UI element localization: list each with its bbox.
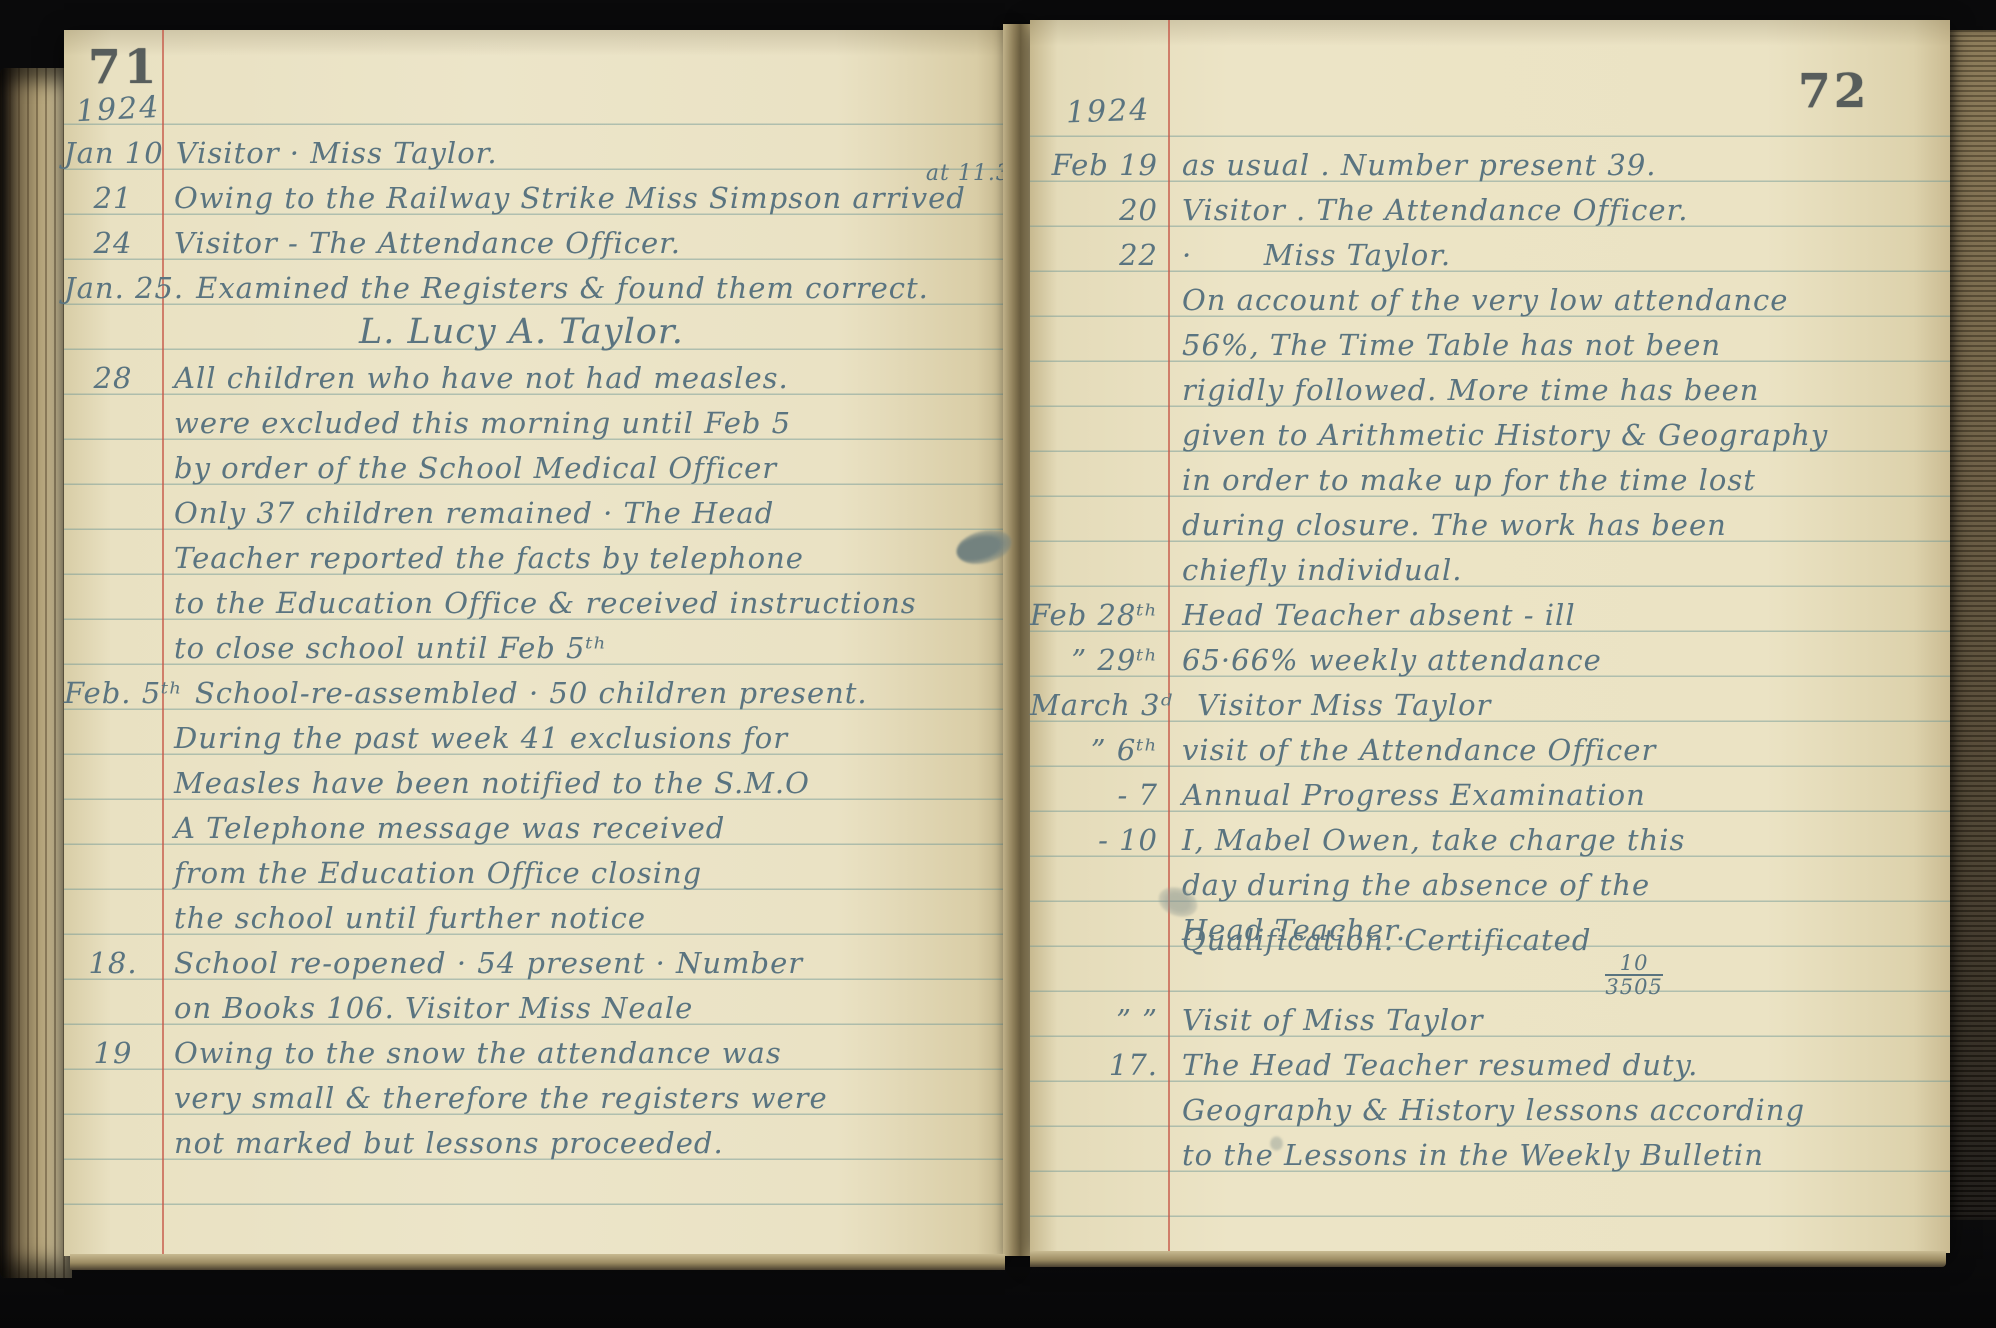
- year-label: 1924: [75, 90, 161, 129]
- entry-text: All children who have not had measles.: [174, 362, 789, 395]
- page-number-stamp: 72: [1798, 64, 1869, 119]
- log-entry-row: not marked but lessons proceeded.: [64, 1115, 1005, 1160]
- log-entry-row: 24Visitor - The Attendance Officer.: [64, 215, 1005, 260]
- entry-text: as usual . Number present 39.: [1182, 149, 1657, 182]
- log-entry-row: 17.The Head Teacher resumed duty.: [1030, 1037, 1950, 1082]
- signature-row: L. Lucy A. Taylor.: [64, 305, 1005, 350]
- entry-date: ” 6ᵗʰ: [1030, 734, 1164, 767]
- book-gutter: [1003, 24, 1032, 1256]
- entry-text: day during the absence of the: [1182, 869, 1650, 902]
- log-entry-row: Feb. 5ᵗʰSchool-re-assembled · 50 childre…: [64, 665, 1005, 710]
- entry-date: ” ”: [1030, 1004, 1164, 1037]
- log-entry-row: rigidly followed. More time has been: [1030, 362, 1950, 407]
- entry-text: 56%, The Time Table has not been: [1182, 329, 1721, 362]
- log-entry-row: Jan. 25.Examined the Registers & found t…: [64, 260, 1005, 305]
- log-entry-row: on Books 106. Visitor Miss Neale: [64, 980, 1005, 1025]
- log-entry-row: from the Education Office closing: [64, 845, 1005, 890]
- log-entry-row: - 10I, Mabel Owen, take charge this: [1030, 812, 1950, 857]
- log-entry-row: Feb 19as usual . Number present 39.: [1030, 137, 1950, 182]
- log-entry-row: by order of the School Medical Officer: [64, 440, 1005, 485]
- entry-date: 24: [64, 227, 162, 260]
- entry-text: Visitor · Miss Taylor.: [176, 137, 498, 170]
- log-entry-row: to the Lessons in the Weekly Bulletin: [1030, 1127, 1950, 1172]
- entry-text: L. Lucy A. Taylor.: [174, 316, 684, 350]
- entry-text: Measles have been notified to the S.M.O: [174, 767, 810, 800]
- entry-text: were excluded this morning until Feb 5: [174, 407, 791, 440]
- entry-text: in order to make up for the time lost: [1182, 464, 1756, 497]
- log-entry-row: in order to make up for the time lost: [1030, 452, 1950, 497]
- log-entry-row: ” ”Visit of Miss Taylor: [1030, 992, 1950, 1037]
- log-entry-row: 22· Miss Taylor.: [1030, 227, 1950, 272]
- log-entry-row: Qualification. Certificated103505: [1030, 947, 1950, 992]
- log-entry-row: 21Owing to the Railway Strike Miss Simps…: [64, 170, 1005, 215]
- entry-text: Geography & History lessons according: [1182, 1094, 1805, 1127]
- entry-date: 19: [64, 1037, 162, 1070]
- entry-text: during closure. The work has been: [1182, 509, 1727, 542]
- page-number-stamp: 71: [88, 40, 159, 95]
- entry-text: Owing to the snow the attendance was: [174, 1037, 782, 1070]
- page-bottom-edge-right: [1030, 1251, 1946, 1267]
- entry-text: Visitor Miss Taylor: [1197, 689, 1491, 722]
- log-entry-row: during closure. The work has been: [1030, 497, 1950, 542]
- log-entry-row: Teacher reported the facts by telephone: [64, 530, 1005, 575]
- log-entry-row: were excluded this morning until Feb 5: [64, 395, 1005, 440]
- log-entry-row: Measles have been notified to the S.M.O: [64, 755, 1005, 800]
- entry-text: chiefly individual.: [1182, 554, 1462, 587]
- entries-left: Jan 10Visitor · Miss Taylor.21Owing to t…: [64, 125, 1005, 1160]
- entry-text: · Miss Taylor.: [1182, 239, 1451, 272]
- entry-date: 21: [64, 182, 162, 215]
- log-entry-row: given to Arithmetic History & Geography: [1030, 407, 1950, 452]
- logbook-page-left: 71 1924 Jan 10Visitor · Miss Taylor.21Ow…: [64, 30, 1005, 1256]
- entry-date: March 3ᵈ: [1030, 689, 1179, 722]
- entry-text: not marked but lessons proceeded.: [174, 1127, 724, 1160]
- book-edge-right: [1948, 30, 1996, 1220]
- entry-text: 65·66% weekly attendance: [1182, 644, 1602, 677]
- entry-text: by order of the School Medical Officer: [174, 452, 777, 485]
- entry-text: to close school until Feb 5ᵗʰ: [174, 632, 607, 665]
- entry-text: Head Teacher absent - ill: [1182, 599, 1576, 632]
- log-entry-row: Jan 10Visitor · Miss Taylor.: [64, 125, 1005, 170]
- year-label: 1924: [1065, 93, 1151, 131]
- entry-text: given to Arithmetic History & Geography: [1182, 419, 1828, 452]
- entry-date: - 7: [1030, 779, 1164, 812]
- entry-text: I, Mabel Owen, take charge this: [1182, 824, 1685, 857]
- entries-right: Feb 19as usual . Number present 39.20Vis…: [1030, 137, 1950, 1172]
- log-entry-row: to close school until Feb 5ᵗʰ: [64, 620, 1005, 665]
- ink-dot: [1270, 1136, 1283, 1151]
- entry-text: Visit of Miss Taylor: [1182, 1004, 1483, 1037]
- log-entry-row: to the Education Office & received instr…: [64, 575, 1005, 620]
- entry-text: Visitor - The Attendance Officer.: [174, 227, 681, 260]
- entry-text: On account of the very low attendance: [1182, 284, 1788, 317]
- entry-text: During the past week 41 exclusions for: [174, 722, 788, 755]
- log-entry-row: ” 29ᵗʰ65·66% weekly attendance: [1030, 632, 1950, 677]
- log-entry-row: Geography & History lessons according: [1030, 1082, 1950, 1127]
- page-bottom-edge-left: [70, 1254, 1005, 1270]
- entry-text: to the Education Office & received instr…: [174, 587, 917, 620]
- log-entry-row: On account of the very low attendance: [1030, 272, 1950, 317]
- entry-text: from the Education Office closing: [174, 857, 702, 890]
- log-entry-row: very small & therefore the registers wer…: [64, 1070, 1005, 1115]
- entry-text: rigidly followed. More time has been: [1182, 374, 1759, 407]
- page-edge-stack-left: [0, 68, 72, 1278]
- entry-date: Jan 10: [64, 137, 164, 170]
- log-entry-row: Feb 28ᵗʰHead Teacher absent - ill: [1030, 587, 1950, 632]
- log-entry-row: chiefly individual.: [1030, 542, 1950, 587]
- log-entry-row: 28All children who have not had measles.: [64, 350, 1005, 395]
- entry-date: 28: [64, 362, 162, 395]
- entry-text: School re-opened · 54 present · Number: [174, 947, 803, 980]
- entry-text: Examined the Registers & found them corr…: [196, 272, 929, 305]
- entry-date: 22: [1030, 239, 1164, 272]
- entry-date: Feb 28ᵗʰ: [1030, 599, 1164, 632]
- entry-date: - 10: [1030, 824, 1164, 857]
- log-entry-row: A Telephone message was received: [64, 800, 1005, 845]
- entry-text: A Telephone message was received: [174, 812, 725, 845]
- entry-text: on Books 106. Visitor Miss Neale: [174, 992, 693, 1025]
- entry-date: Jan. 25.: [64, 272, 184, 305]
- log-entry-row: 19Owing to the snow the attendance was: [64, 1025, 1005, 1070]
- log-entry-row: During the past week 41 exclusions for: [64, 710, 1005, 755]
- log-entry-row: the school until further notice: [64, 890, 1005, 935]
- entry-text: Owing to the Railway Strike Miss Simpson…: [174, 182, 966, 215]
- entry-date: Feb. 5ᵗʰ: [64, 677, 183, 710]
- log-entry-row: 56%, The Time Table has not been: [1030, 317, 1950, 362]
- entry-date: 20: [1030, 194, 1164, 227]
- logbook-page-right: 72 1924 Feb 19as usual . Number present …: [1030, 20, 1950, 1253]
- entry-text: The Head Teacher resumed duty.: [1182, 1049, 1698, 1082]
- entry-date: 18.: [64, 947, 162, 980]
- entry-text: Qualification. Certificated103505: [1182, 924, 1663, 992]
- entry-text: the school until further notice: [174, 902, 646, 935]
- logbook-spread: 71 1924 Jan 10Visitor · Miss Taylor.21Ow…: [0, 0, 1996, 1328]
- entry-text: very small & therefore the registers wer…: [174, 1082, 828, 1115]
- entry-text: Visitor . The Attendance Officer.: [1182, 194, 1688, 227]
- entry-text: visit of the Attendance Officer: [1182, 734, 1656, 767]
- entry-text: Only 37 children remained · The Head: [174, 497, 774, 530]
- entry-date: ” 29ᵗʰ: [1030, 644, 1164, 677]
- log-entry-row: 20Visitor . The Attendance Officer.: [1030, 182, 1950, 227]
- log-entry-row: ” 6ᵗʰvisit of the Attendance Officer: [1030, 722, 1950, 767]
- log-entry-row: Only 37 children remained · The Head: [64, 485, 1005, 530]
- entry-text: Teacher reported the facts by telephone: [174, 542, 804, 575]
- log-entry-row: 18.School re-opened · 54 present · Numbe…: [64, 935, 1005, 980]
- log-entry-row: March 3ᵈVisitor Miss Taylor: [1030, 677, 1950, 722]
- log-entry-row: - 7Annual Progress Examination: [1030, 767, 1950, 812]
- entry-date: 17.: [1030, 1049, 1164, 1082]
- entry-text: Annual Progress Examination: [1182, 779, 1646, 812]
- entry-text: School-re-assembled · 50 children presen…: [195, 677, 868, 710]
- certificate-number-fraction: 103505: [1605, 952, 1662, 998]
- page-top-shading: [64, 30, 1005, 56]
- entry-date: Feb 19: [1030, 149, 1164, 182]
